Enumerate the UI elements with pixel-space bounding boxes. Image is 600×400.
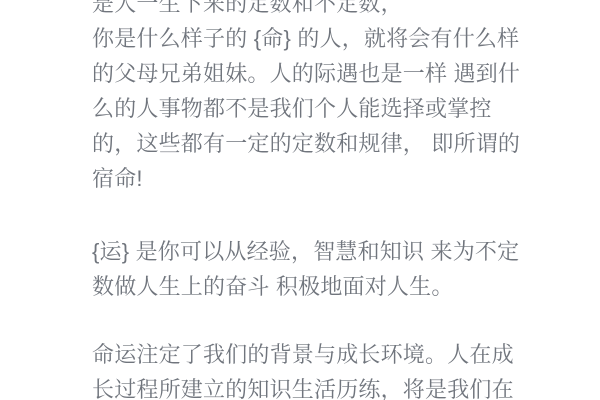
article-body: 是人一生下来的定数和不定数， 你是什么样子的 {命} 的人，就将会有什么样 的父… [92,0,532,400]
text-line: 命运注定了我们的背景与成长环境。人在成 [92,337,532,372]
text-line: 么的人事物都不是我们个人能选择或掌控 [92,91,532,126]
text-line: 你是什么样子的 {命} 的人，就将会有什么样 [92,21,532,56]
text-line: 长过程所建立的知识生活历练，将是我们在 [92,372,532,400]
text-line: 是人一生下来的定数和不定数， [92,0,532,21]
text-line: 数做人生上的奋斗 积极地面对人生。 [92,269,532,304]
text-line: 的父母兄弟姐妹。人的际遇也是一样 遇到什 [92,56,532,91]
paragraph-yun: {运} 是你可以从经验，智慧和知识 来为不定 数做人生上的奋斗 积极地面对人生。 [92,234,532,304]
paragraph-mingyun: 命运注定了我们的背景与成长环境。人在成 长过程所建立的知识生活历练，将是我们在 [92,337,532,400]
paragraph-ming: 是人一生下来的定数和不定数， 你是什么样子的 {命} 的人，就将会有什么样 的父… [92,0,532,196]
text-line: 的，这些都有一定的定数和规律， 即所谓的 [92,126,532,161]
article-page: 是人一生下来的定数和不定数， 你是什么样子的 {命} 的人，就将会有什么样 的父… [0,0,600,400]
text-line: 宿命! [92,161,532,196]
text-line: {运} 是你可以从经验，智慧和知识 来为不定 [92,234,532,269]
